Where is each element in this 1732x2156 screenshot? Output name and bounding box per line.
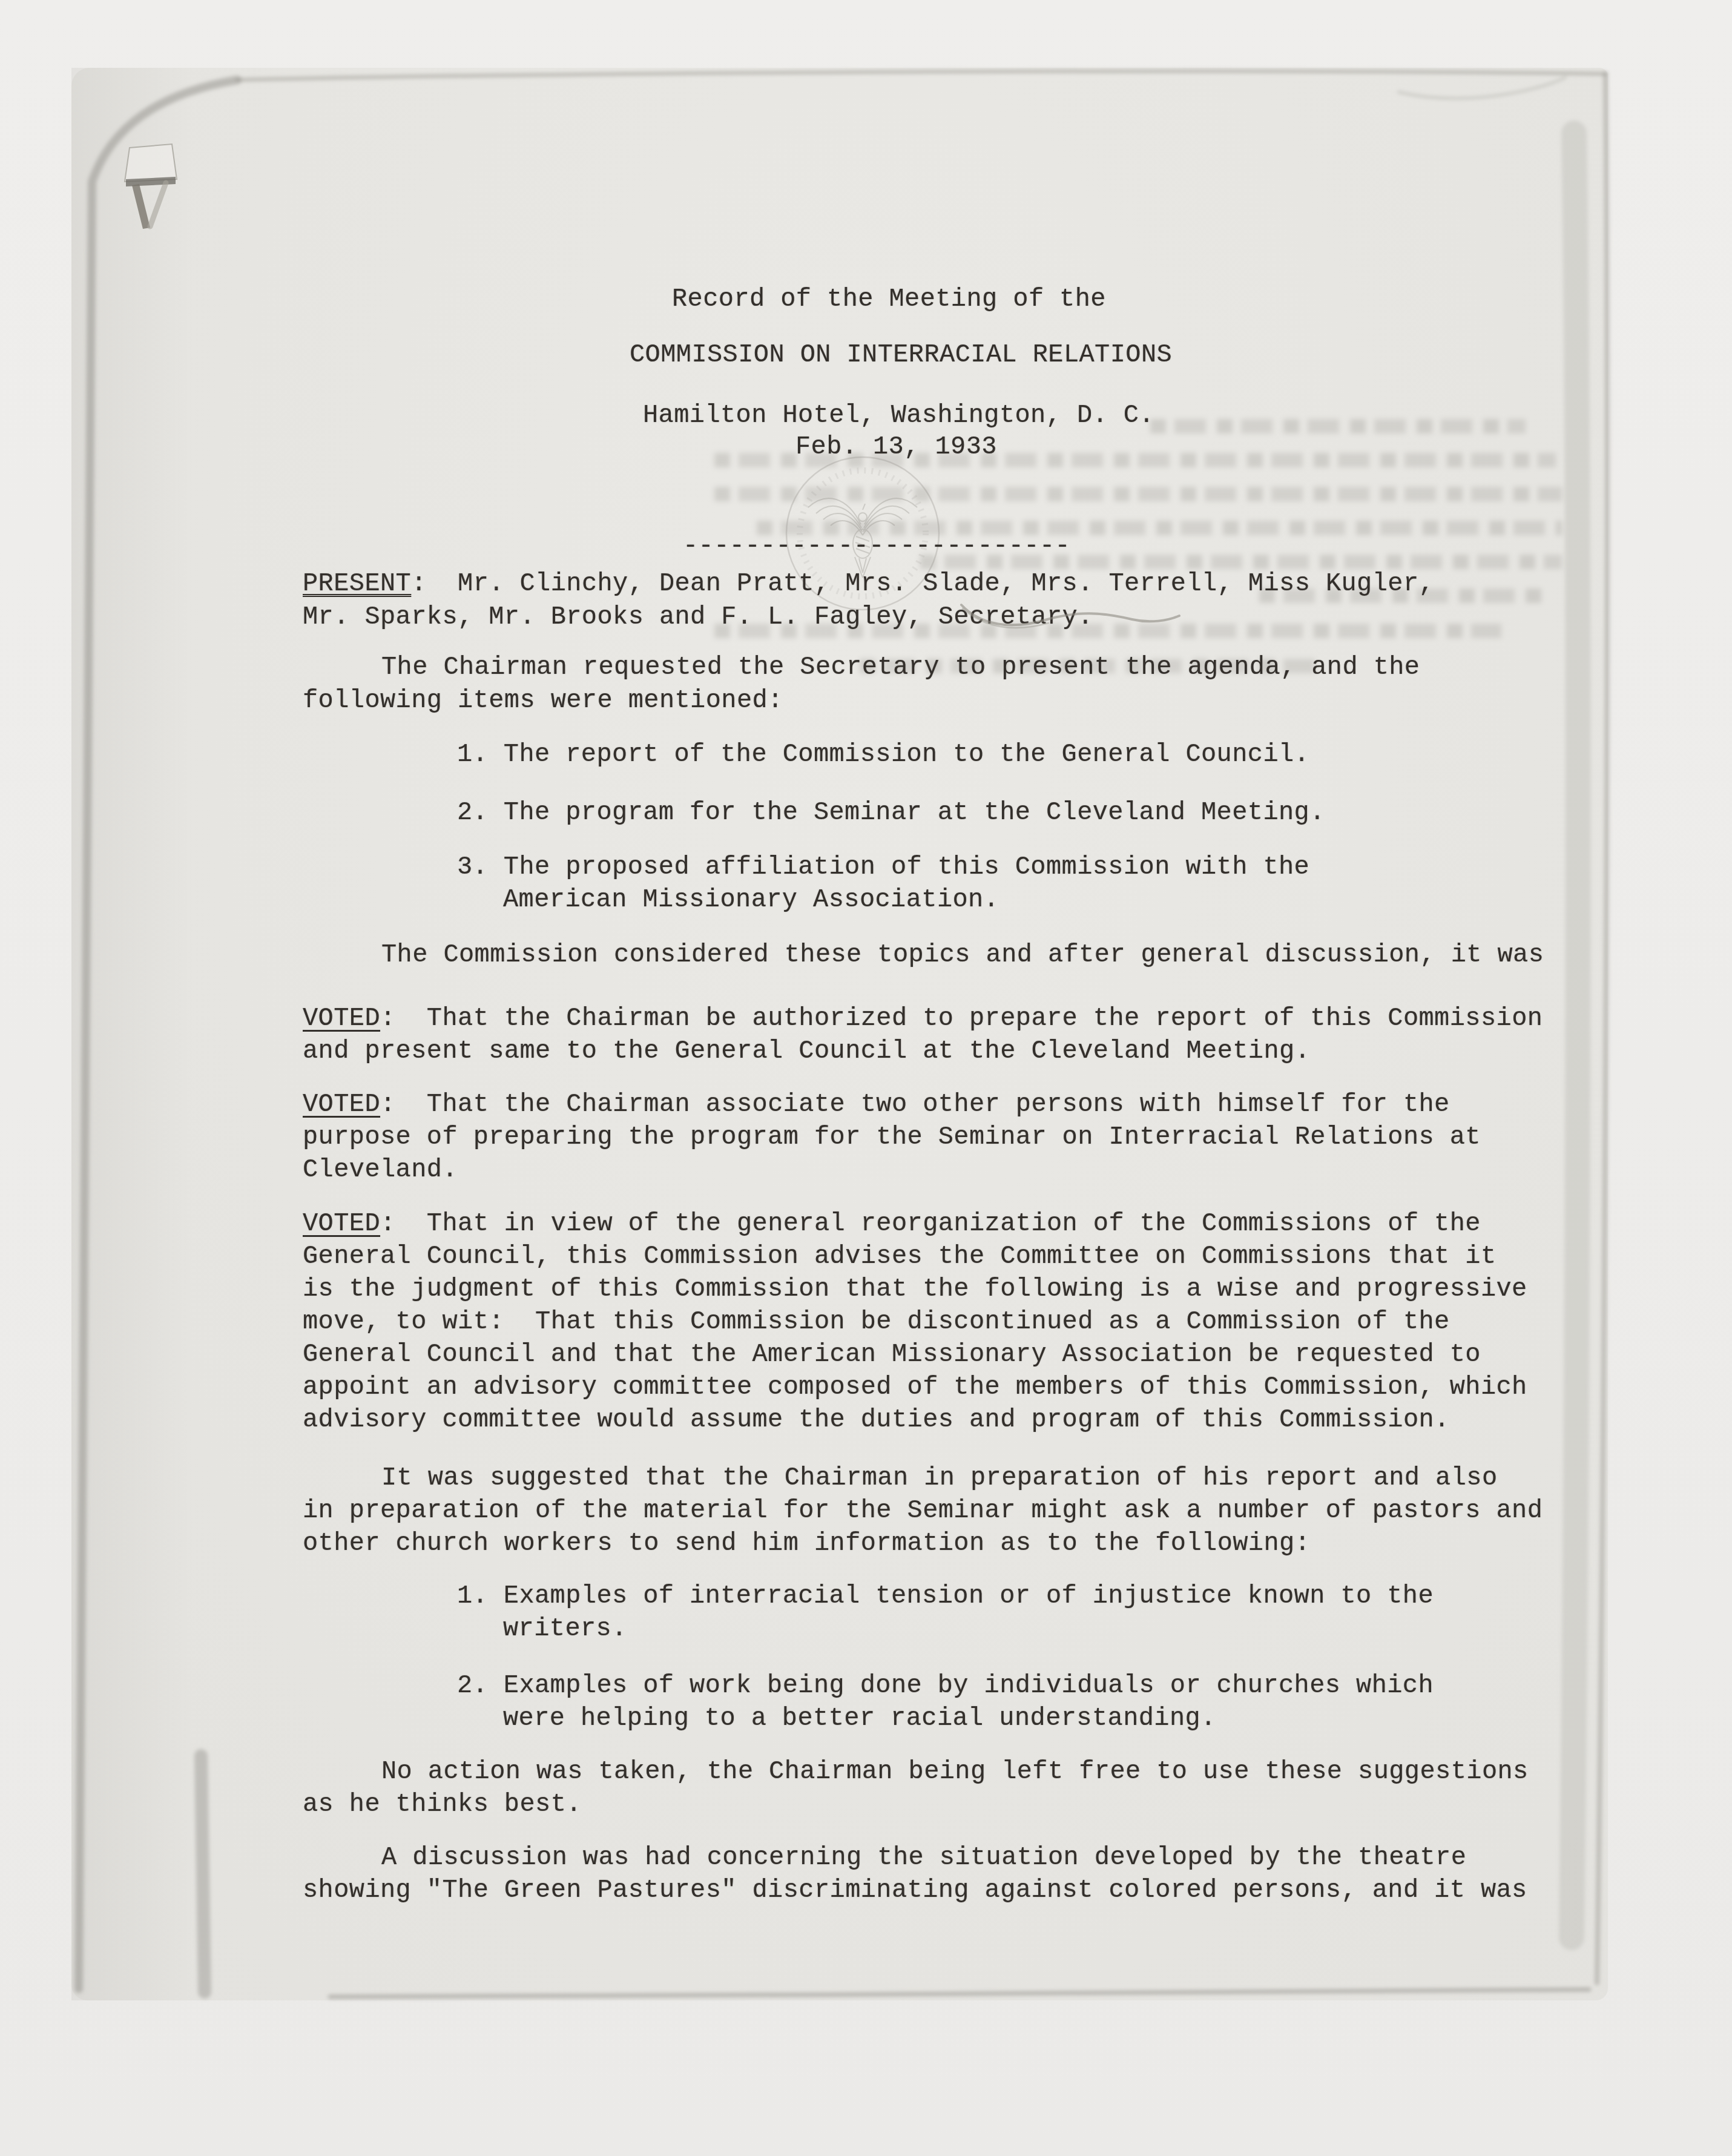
voted-line: General Council, this Commission advises…	[303, 1241, 1497, 1272]
voted-line: VOTED: That in view of the general reorg…	[303, 1208, 1481, 1239]
doc-subtitle-line: COMMISSION ON INTERRACIAL RELATIONS	[630, 339, 1172, 371]
agenda-item: 3. The proposed affiliation of this Comm…	[457, 851, 1309, 883]
voted-line: Cleveland.	[303, 1154, 458, 1185]
list-item: 2. Examples of work being done by indivi…	[457, 1670, 1434, 1701]
list-item: were helping to a better racial understa…	[503, 1703, 1216, 1734]
voted-line: General Council and that the American Mi…	[303, 1339, 1481, 1370]
separator-dashes: -------------------------	[683, 530, 1070, 562]
voted-line: and present same to the General Council …	[303, 1035, 1310, 1067]
present-line: PRESENT: Mr. Clinchy, Dean Pratt, Mrs. S…	[303, 568, 1434, 599]
typed-line: as he thinks best.	[303, 1788, 582, 1820]
pencil-underline-mark	[957, 596, 1211, 639]
voted-line: VOTED: That the Chairman be authorized t…	[303, 1003, 1543, 1034]
voted-line: advisory committee would assume the duti…	[303, 1404, 1450, 1436]
doc-title-line: Record of the Meeting of the	[672, 283, 1106, 315]
agenda-item: 2. The program for the Seminar at the Cl…	[457, 797, 1325, 828]
underlined-label: PRESENT	[303, 569, 411, 598]
voted-line: move, to wit: That this Commission be di…	[303, 1306, 1450, 1337]
typed-line: A discussion was had concerning the situ…	[381, 1842, 1466, 1873]
typed-line: following items were mentioned:	[303, 685, 783, 716]
agenda-item: American Missionary Association.	[503, 884, 999, 915]
typed-line: other church workers to send him informa…	[303, 1528, 1310, 1559]
voted-line: purpose of preparing the program for the…	[303, 1121, 1481, 1153]
typed-line: No action was taken, the Chairman being …	[381, 1756, 1529, 1787]
underlined-label: VOTED	[303, 1004, 380, 1033]
voted-line: appoint an advisory committee composed o…	[303, 1371, 1527, 1403]
typed-line: It was suggested that the Chairman in pr…	[381, 1462, 1498, 1494]
paper-fastener-icon	[119, 139, 185, 242]
typed-line: The Chairman requested the Secretary to …	[381, 651, 1420, 683]
typed-line: showing "The Green Pastures" discriminat…	[303, 1874, 1527, 1906]
agenda-item: 1. The report of the Commission to the G…	[457, 739, 1309, 770]
list-item: writers.	[503, 1613, 627, 1644]
typed-line: The Commission considered these topics a…	[381, 939, 1544, 971]
voted-line: is the judgment of this Commission that …	[303, 1273, 1527, 1305]
list-item: 1. Examples of interracial tension or of…	[457, 1580, 1434, 1612]
typed-lines: Record of the Meeting of theCOMMISSION O…	[0, 0, 1732, 2156]
scanned-document-page: { "document": { "header": { "title_line1…	[0, 0, 1732, 2156]
underlined-label: VOTED	[303, 1090, 380, 1119]
voted-line: VOTED: That the Chairman associate two o…	[303, 1089, 1450, 1120]
doc-location-line: Hamilton Hotel, Washington, D. C.	[643, 400, 1154, 431]
doc-date-line: Feb. 13, 1933	[795, 431, 997, 463]
underlined-label: VOTED	[303, 1209, 380, 1238]
typed-line: in preparation of the material for the S…	[303, 1495, 1543, 1526]
